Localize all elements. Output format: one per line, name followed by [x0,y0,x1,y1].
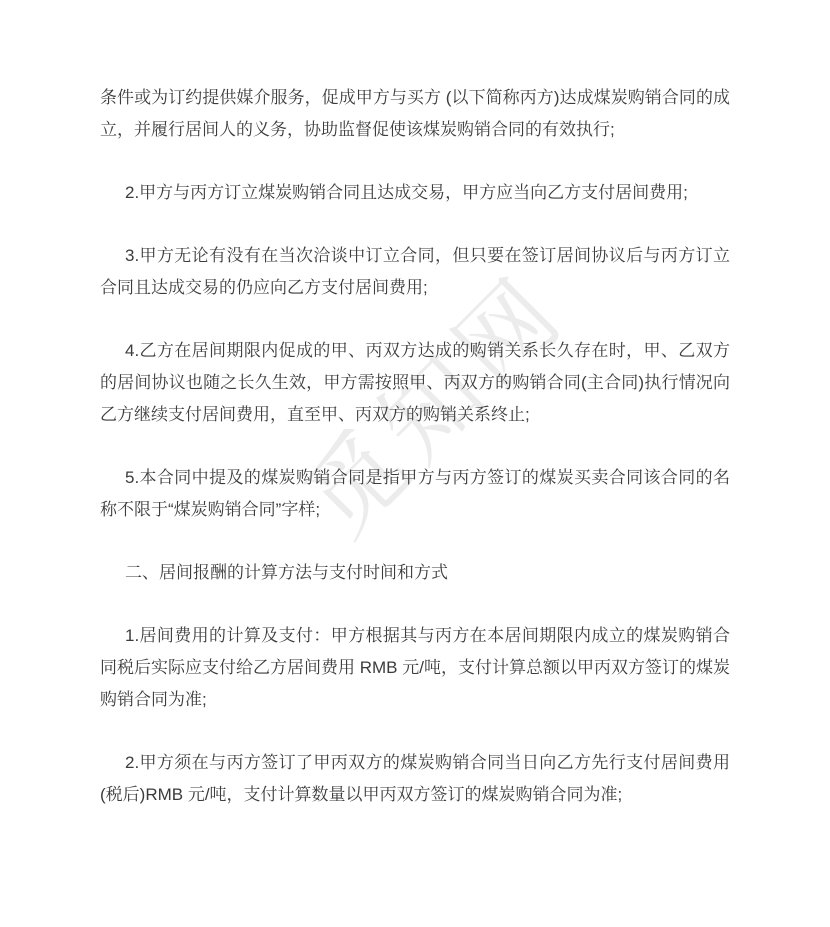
clause-item-5: 5.本合同中提及的煤炭购销合同是指甲方与丙方签订的煤炭买卖合同该合同的名称不限于… [100,462,730,526]
document-body: 条件或为订约提供媒介服务，促成甲方与买方 (以下简称丙方)达成煤炭购销合同的成立… [100,82,730,842]
clause-item-4: 4.乙方在居间期限内促成的甲、丙双方达成的购销关系长久存在时，甲、乙双方的居间协… [100,335,730,431]
clause-item-2: 2.甲方与丙方订立煤炭购销合同且达成交易，甲方应当向乙方支付居间费用; [100,177,730,209]
clause-item-3: 3.甲方无论有没有在当次洽谈中订立合同，但只要在签订居间协议后与丙方订立合同且达… [100,240,730,304]
document-page: 觅知网 条件或为订约提供媒介服务，促成甲方与买方 (以下简称丙方)达成煤炭购销合… [0,0,830,927]
section-heading: 二、居间报酬的计算方法与支付时间和方式 [100,557,730,589]
payment-clause-2: 2.甲方须在与丙方签订了甲丙双方的煤炭购销合同当日向乙方先行支付居间费用(税后)… [100,747,730,811]
paragraph-continuation: 条件或为订约提供媒介服务，促成甲方与买方 (以下简称丙方)达成煤炭购销合同的成立… [100,82,730,146]
payment-clause-1: 1.居间费用的计算及支付：甲方根据其与丙方在本居间期限内成立的煤炭购销合同税后实… [100,620,730,716]
